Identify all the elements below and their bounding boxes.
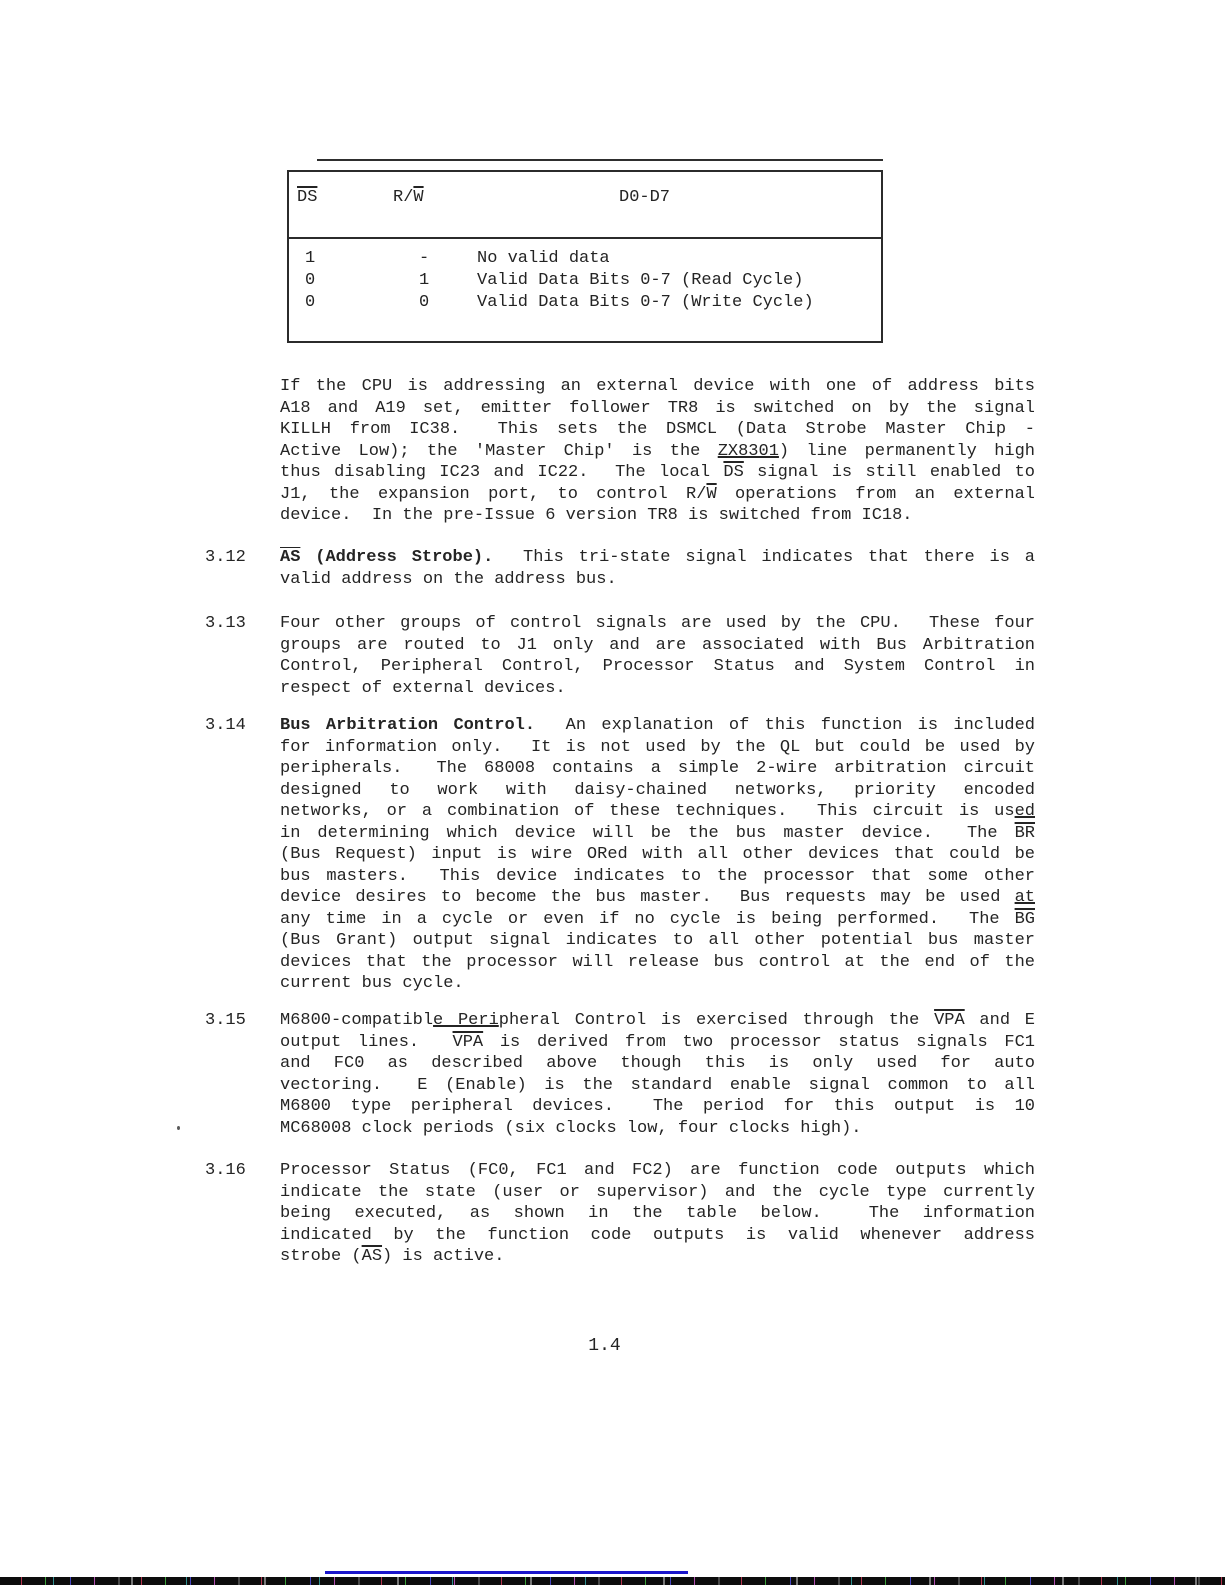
table-cell: No valid data (477, 249, 610, 268)
table-cell: 0 (305, 293, 315, 312)
section-3.13: 3.13Four other groups of control signals… (205, 613, 1035, 699)
table-column-header: D0-D7 (619, 188, 670, 207)
marked-text-span: (Address Strobe). (300, 548, 493, 567)
text-line: any time in a cycle or even if no cycle … (280, 909, 1035, 931)
text-line: A18 and A19 set, emitter follower TR8 is… (280, 398, 1035, 420)
section-text: Bus Arbitration Control. An explanation … (280, 715, 1035, 995)
section-number: 3.15 (205, 1010, 280, 1032)
text-line: being executed, as shown in the table be… (280, 1203, 1035, 1225)
section-3.12: 3.12AS (Address Strobe). This tri-state … (205, 547, 1035, 590)
section-number: 3.13 (205, 613, 280, 635)
text-line: networks, or a combination of these tech… (280, 801, 1035, 823)
text-line: vectoring. E (Enable) is the standard en… (280, 1075, 1035, 1097)
section-text: Four other groups of control signals are… (280, 613, 1035, 699)
table-header-row: DSR/WD0-D7 (289, 172, 881, 239)
section-3.16: 3.16Processor Status (FC0, FC1 and FC2) … (205, 1160, 1035, 1268)
marked-text-span: e Peri (433, 1011, 499, 1030)
scan-noise-strip (0, 1577, 1225, 1585)
text-line: AS (Address Strobe). This tri-state sign… (280, 547, 1035, 569)
text-line: output lines. VPA is derived from two pr… (280, 1032, 1035, 1054)
text-line: Bus Arbitration Control. An explanation … (280, 715, 1035, 737)
text-line: If the CPU is addressing an external dev… (280, 376, 1035, 398)
text-line: Active Low); the 'Master Chip' is the ZX… (280, 441, 1035, 463)
text-line: valid address on the address bus. (280, 569, 1035, 591)
text-line: and FC0 as described above though this i… (280, 1053, 1035, 1075)
text-line: device. In the pre-Issue 6 version TR8 i… (280, 505, 1035, 527)
table-cell: Valid Data Bits 0-7 (Write Cycle) (477, 293, 814, 312)
table-row: 1-No valid data (289, 249, 881, 271)
text-line: KILLH from IC38. This sets the DSMCL (Da… (280, 419, 1035, 441)
overlined-signal-name: VPA (934, 1011, 965, 1030)
text-line: Processor Status (FC0, FC1 and FC2) are … (280, 1160, 1035, 1182)
table-column-header: DS (297, 188, 317, 207)
intro-paragraph: If the CPU is addressing an external dev… (205, 376, 1035, 527)
overlined-signal-name: DS (723, 463, 743, 482)
table-row: 00Valid Data Bits 0-7 (Write Cycle) (289, 293, 881, 315)
overlined-signal-name: VPA (453, 1033, 484, 1052)
text-line: MC68008 clock periods (six clocks low, f… (280, 1118, 1035, 1140)
section-number: 3.14 (205, 715, 280, 737)
text-line: for information only. It is not used by … (280, 737, 1035, 759)
text-line: current bus cycle. (280, 973, 1035, 995)
scan-line-artifact (317, 159, 883, 161)
table-cell: 0 (305, 271, 315, 290)
section-3.14: 3.14Bus Arbitration Control. An explanat… (205, 715, 1035, 995)
section-text: AS (Address Strobe). This tri-state sign… (280, 547, 1035, 590)
text-line: peripherals. The 68008 contains a simple… (280, 758, 1035, 780)
section-number: 3.12 (205, 547, 280, 569)
table-cell: - (419, 249, 429, 268)
text-line: thus disabling IC23 and IC22. The local … (280, 462, 1035, 484)
text-line: device desires to become the bus master.… (280, 887, 1035, 909)
overlined-signal-name: W (706, 485, 716, 504)
text-line: Four other groups of control signals are… (280, 613, 1035, 635)
overlined-signal-name: AS (362, 1247, 382, 1266)
text-line: indicate the state (user or supervisor) … (280, 1182, 1035, 1204)
text-line: respect of external devices. (280, 678, 1035, 700)
text-line: M6800 type peripheral devices. The perio… (280, 1096, 1035, 1118)
text-line: indicated by the function code outputs i… (280, 1225, 1035, 1247)
overlined-signal-name: DS (297, 188, 317, 207)
section-3.15: 3.15M6800-compatible Peripheral Control … (205, 1010, 1035, 1139)
table-cell: 0 (419, 293, 429, 312)
blue-underline-artifact (325, 1571, 688, 1574)
text-line: J1, the expansion port, to control R/W o… (280, 484, 1035, 506)
data-strobe-table: DSR/WD0-D7 1-No valid data01Valid Data B… (287, 170, 883, 343)
text-line: groups are routed to J1 only and are ass… (280, 635, 1035, 657)
text-line: strobe (AS) is active. (280, 1246, 1035, 1268)
table-row: 01Valid Data Bits 0-7 (Read Cycle) (289, 271, 881, 293)
text-line: in determining which device will be the … (280, 823, 1035, 845)
overlined-signal-name: BG (1015, 910, 1035, 929)
text-line: M6800-compatible Peripheral Control is e… (280, 1010, 1035, 1032)
marked-text-span: Bus Arbitration Control. (280, 716, 535, 735)
overlined-signal-name: W (413, 188, 423, 207)
section-number: 3.16 (205, 1160, 280, 1182)
page-number: 1.4 (0, 1336, 1209, 1356)
section-text: Processor Status (FC0, FC1 and FC2) are … (280, 1160, 1035, 1268)
table-cell: Valid Data Bits 0-7 (Read Cycle) (477, 271, 803, 290)
table-body: 1-No valid data01Valid Data Bits 0-7 (Re… (289, 239, 881, 315)
document-page: DSR/WD0-D7 1-No valid data01Valid Data B… (0, 0, 1225, 1585)
overlined-signal-name: BR (1015, 824, 1035, 843)
table-cell: 1 (305, 249, 315, 268)
text-line: (Bus Grant) output signal indicates to a… (280, 930, 1035, 952)
text-line: bus masters. This device indicates to th… (280, 866, 1035, 888)
text-line: Control, Peripheral Control, Processor S… (280, 656, 1035, 678)
text-line: (Bus Request) input is wire ORed with al… (280, 844, 1035, 866)
table-cell: 1 (419, 271, 429, 290)
marked-text-span: ed (1015, 802, 1035, 821)
section-text: M6800-compatible Peripheral Control is e… (280, 1010, 1035, 1139)
table-column-header: R/W (393, 188, 424, 207)
marked-text-span: ZX8301 (718, 442, 779, 461)
overlined-signal-name: AS (280, 548, 300, 567)
text-line: designed to work with daisy-chained netw… (280, 780, 1035, 802)
scan-dot-artifact (177, 1126, 180, 1130)
marked-text-span: at (1015, 888, 1035, 907)
text-line: devices that the processor will release … (280, 952, 1035, 974)
section-text: If the CPU is addressing an external dev… (280, 376, 1035, 527)
